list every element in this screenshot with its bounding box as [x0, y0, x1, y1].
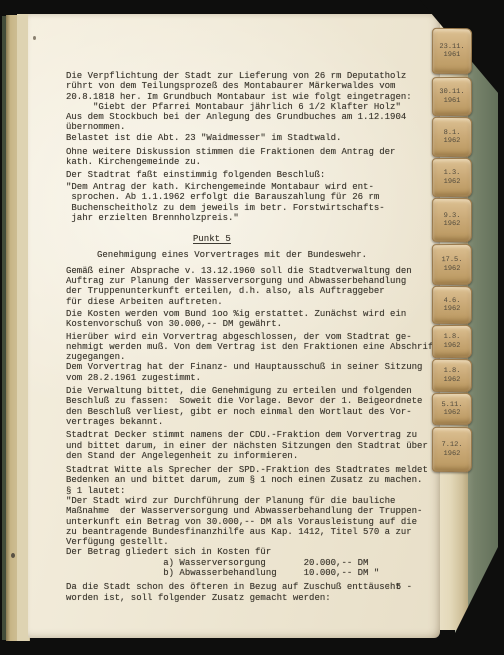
tab-date-line1: 5.11.	[441, 400, 462, 409]
tab-date-line2: 1962	[444, 409, 461, 418]
scanned-minutes-page: Die Verpflichtung der Stadt zur Lieferun…	[0, 0, 504, 655]
tab-date-line2: 1962	[444, 137, 461, 146]
paragraph-beschluss-intro: Der Stadtrat faßt einstimmig folgenden B…	[66, 170, 442, 180]
tab-date-line2: 1962	[444, 177, 461, 186]
tab-date-line2: 1961	[444, 51, 461, 60]
punkt-5-heading: Punkt 5	[193, 234, 442, 244]
tab-date-line2: 1962	[444, 220, 461, 229]
paragraph-stadtrat-witte: Stadtrat Witte als Sprecher der SPD.-Fra…	[66, 465, 442, 578]
paragraph-verwaltung: Die Verwaltung bittet, die Genehmigung z…	[66, 386, 442, 427]
paragraph-fraktionen: Ohne weitere Diskussion stimmen die Frak…	[66, 147, 442, 168]
paragraph-kosten: Die Kosten werden vom Bund 1oo %ig ersta…	[66, 309, 442, 330]
punkt-5-subheading: Genehmigung eines Vorvertrages mit der B…	[97, 250, 442, 260]
tab-date-line1: 23.11.	[439, 42, 464, 51]
tab-date-line2: 1962	[444, 449, 461, 458]
tab-date-line2: 1962	[444, 305, 461, 314]
index-tab: 4.6. 1962	[432, 286, 472, 324]
binder-hole-mark	[11, 553, 15, 558]
page-stack-edge-left	[6, 15, 17, 641]
tab-date-line2: 1961	[444, 96, 461, 105]
paper-speck	[33, 36, 36, 40]
index-tab: 1.3. 1962	[432, 158, 472, 197]
typed-text-block: Die Verpflichtung der Stadt zur Lieferun…	[66, 71, 442, 603]
index-tab: 1.8. 1962	[432, 359, 472, 392]
tab-date-line1: 4.6.	[444, 296, 461, 305]
tab-date-line1: 7.12.	[441, 441, 462, 450]
index-tab: 30.11. 1961	[432, 77, 472, 116]
page-number: - 5 -	[385, 582, 412, 592]
tab-date-line1: 30.11.	[439, 88, 464, 97]
paragraph-absprache: Gemäß einer Absprache v. 13.12.1960 soll…	[66, 266, 442, 307]
document-page: Die Verpflichtung der Stadt zur Lieferun…	[28, 14, 440, 638]
tab-date-line1: 1.3.	[444, 169, 461, 178]
tab-date-line1: 1.8.	[444, 367, 461, 376]
tab-date-line2: 1962	[444, 341, 461, 350]
tab-date-line2: 1962	[444, 375, 461, 384]
tab-date-line1: 1.8.	[444, 333, 461, 342]
index-tab: 17.5. 1962	[432, 244, 472, 285]
index-tab: 9.3. 1962	[432, 198, 472, 242]
index-tab: 5.11. 1962	[432, 393, 472, 425]
paragraph-stadtrat-decker: Stadtrat Decker stimmt namens der CDU.-F…	[66, 430, 442, 461]
tab-date-line1: 9.3.	[444, 211, 461, 220]
tab-date-line1: 8.1.	[444, 128, 461, 137]
index-tab: 8.1. 1962	[432, 117, 472, 157]
index-tab: 1.8. 1962	[432, 325, 472, 358]
index-tab: 23.11. 1961	[432, 28, 472, 74]
paragraph-deputatholz: Die Verpflichtung der Stadt zur Lieferun…	[66, 71, 442, 143]
index-tabs-column: 23.11. 1961 30.11. 1961 8.1. 1962 1.3. 1…	[432, 0, 473, 655]
tab-date-line2: 1962	[444, 264, 461, 273]
paragraph-beschluss-zitat: "Dem Antrag der kath. Kirchengemeinde Mo…	[66, 182, 442, 223]
paragraph-vorvertrag: Hierüber wird ein Vorvertrag abgeschloss…	[66, 332, 442, 383]
index-tab: 7.12. 1962	[432, 427, 472, 472]
tab-date-line1: 17.5.	[441, 256, 462, 265]
